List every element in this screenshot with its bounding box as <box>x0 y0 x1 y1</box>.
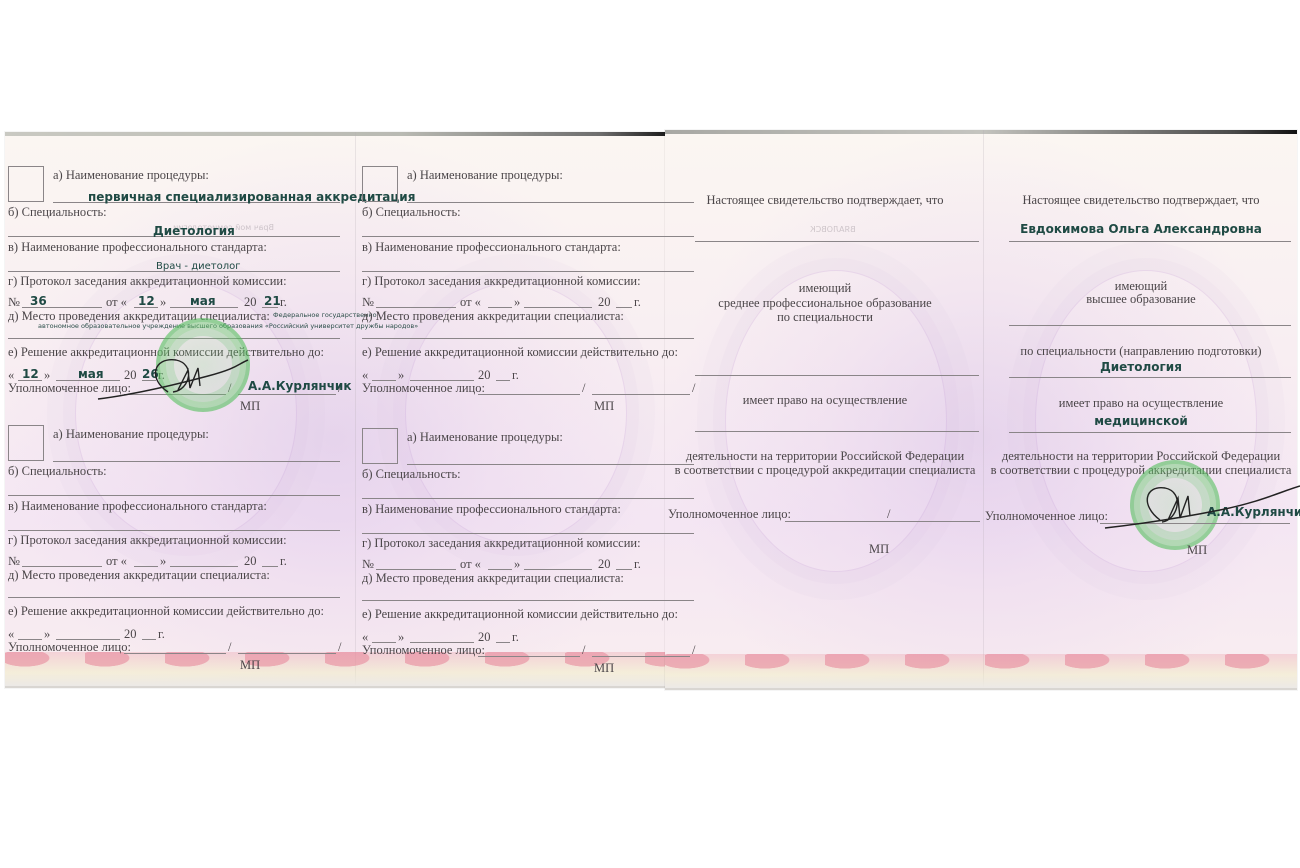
mp-label: МП <box>594 662 614 675</box>
standard-label: в) Наименование профессионального станда… <box>362 503 621 516</box>
protocol-day: 12 <box>138 295 155 307</box>
decision-label: е) Решение аккредитационной комиссии дей… <box>362 608 678 621</box>
slash: / <box>582 644 585 657</box>
procedure-line <box>53 461 340 462</box>
place-line <box>362 600 694 601</box>
territory-line2: в соответствии с процедурой аккредитации… <box>665 464 985 477</box>
right-to-text: имеет право на осуществление <box>665 394 985 407</box>
confirms-text: Настоящее свидетельство подтверждает, чт… <box>985 194 1297 207</box>
from-prefix: от « <box>460 558 481 571</box>
from-prefix: от « <box>460 296 481 309</box>
valid-day: 12 <box>22 368 39 380</box>
procedure-label: а) Наименование процедуры: <box>53 169 209 182</box>
protocol-number: 36 <box>30 295 47 307</box>
slash: / <box>228 641 231 654</box>
day-close: » <box>398 369 404 382</box>
procedure-label: а) Наименование процедуры: <box>407 169 563 182</box>
specialty-label: б) Специальность: <box>362 468 461 481</box>
confirms-text: Настоящее свидетельство подтверждает, чт… <box>665 194 985 207</box>
certificate-page-1: Настоящее свидетельство подтверждает, чт… <box>665 130 985 690</box>
year-suffix: г. <box>280 555 287 568</box>
decision-label: е) Решение аккредитационной комиссии дей… <box>8 605 324 618</box>
protocol-number-line <box>376 307 456 308</box>
place-line <box>362 338 694 339</box>
number-prefix: № <box>362 296 374 309</box>
year-prefix: 20 <box>124 628 137 641</box>
accreditation-block-4: а) Наименование процедуры: б) Специально… <box>362 428 694 678</box>
protocol-year-line <box>616 569 632 570</box>
place-label: д) Место проведения аккредитации специал… <box>8 310 270 323</box>
name-line <box>238 653 336 654</box>
place-line <box>8 597 340 598</box>
standard-label: в) Наименование профессионального станда… <box>8 241 267 254</box>
protocol-number-line <box>376 569 456 570</box>
having-text: имеющий <box>665 282 985 295</box>
mp-label: МП <box>240 659 260 672</box>
protocol-day-line <box>134 566 158 567</box>
checkbox-square <box>8 166 44 202</box>
specialty-label: б) Специальность: <box>8 465 107 478</box>
activity-line <box>1009 432 1291 433</box>
day-close: » <box>398 631 404 644</box>
signature <box>1100 480 1300 535</box>
standard-line <box>8 530 340 531</box>
protocol-year: 21 <box>264 295 281 307</box>
year-suffix: г. <box>634 558 641 571</box>
day-close: » <box>160 296 166 309</box>
protocol-number-line <box>22 566 102 567</box>
procedure-label: а) Наименование процедуры: <box>407 431 563 444</box>
checkbox-square <box>362 428 398 464</box>
education-text: среднее профессиональное образование <box>665 297 985 310</box>
year-prefix: 20 <box>598 296 611 309</box>
protocol-month-line <box>524 569 592 570</box>
year-suffix: г. <box>158 628 165 641</box>
certificate-page-2: Настоящее свидетельство подтверждает, чт… <box>985 130 1297 690</box>
accreditation-block-2: а) Наименование процедуры: б) Специально… <box>362 166 694 416</box>
holder-name-line <box>695 241 979 242</box>
mp-label: МП <box>594 400 614 413</box>
valid-year-line <box>496 642 510 643</box>
place-label: д) Место проведения аккредитации специал… <box>362 572 624 585</box>
day-close: » <box>44 369 50 382</box>
holder-name: Евдокимова Ольга Александровна <box>985 223 1297 235</box>
protocol-year-line <box>262 566 278 567</box>
mp-label: МП <box>1187 544 1207 557</box>
authorized-name: А.А.Курлянчик <box>248 380 352 392</box>
specialty-label: б) Специальность: <box>8 206 107 219</box>
day-close: » <box>514 296 520 309</box>
procedure-label: а) Наименование процедуры: <box>53 428 209 441</box>
place-label: д) Место проведения аккредитации специал… <box>362 310 624 323</box>
holder-name-line <box>1009 241 1291 242</box>
authorized-label: Уполномоченное лицо: <box>362 644 485 657</box>
standard-label: в) Наименование профессионального станда… <box>8 500 267 513</box>
authorized-label: Уполномоченное лицо: <box>362 382 485 395</box>
slash: / <box>887 508 890 521</box>
education-text: высшее образование <box>985 293 1297 306</box>
day-close: » <box>514 558 520 571</box>
procedure-line <box>407 464 694 465</box>
authorized-label: Уполномоченное лицо: <box>8 641 131 654</box>
number-prefix: № <box>8 555 20 568</box>
year-suffix: г. <box>512 369 519 382</box>
specialty-value: Диетология <box>153 225 235 237</box>
page-fold <box>355 132 356 688</box>
authorized-label: Уполномоченное лицо: <box>985 510 1108 523</box>
number-prefix: № <box>362 558 374 571</box>
place-label: д) Место проведения аккредитации специал… <box>8 569 270 582</box>
specialty-line <box>8 495 340 496</box>
specialty-intro: по специальности <box>665 311 985 324</box>
open-quote: « <box>362 631 368 644</box>
name-line <box>238 394 336 395</box>
protocol-month-line <box>524 307 592 308</box>
mp-label: МП <box>869 543 889 556</box>
from-prefix: от « <box>106 555 127 568</box>
checkbox-square <box>8 425 44 461</box>
specialty-intro: по специальности (направлению подготовки… <box>985 345 1297 358</box>
from-prefix: от « <box>106 296 127 309</box>
year-suffix: г. <box>512 631 519 644</box>
protocol-month: мая <box>190 295 216 307</box>
number-prefix: № <box>8 296 20 309</box>
specialty-line <box>695 375 979 376</box>
protocol-month-line <box>170 566 238 567</box>
protocol-day-line <box>488 569 512 570</box>
year-suffix: г. <box>280 296 287 309</box>
specialty-value: Диетология <box>985 361 1297 373</box>
standard-value: Врач - диетолог <box>156 262 240 272</box>
standard-line <box>362 533 694 534</box>
slash: / <box>338 641 341 654</box>
activity-value: медицинской <box>985 415 1297 427</box>
valid-year-line <box>142 639 156 640</box>
year-prefix: 20 <box>598 558 611 571</box>
activity-line <box>695 431 979 432</box>
year-prefix: 20 <box>478 369 491 382</box>
specialty-line <box>1009 377 1291 378</box>
decision-label: е) Решение аккредитационной комиссии дей… <box>362 346 678 359</box>
protocol-label: г) Протокол заседания аккредитационной к… <box>362 275 641 288</box>
slash: / <box>582 382 585 395</box>
protocol-year-line <box>616 307 632 308</box>
year-prefix: 20 <box>244 296 257 309</box>
accreditation-block-1: а) Наименование процедуры: б) Специально… <box>8 166 340 416</box>
year-prefix: 20 <box>478 631 491 644</box>
accreditation-block-3: а) Наименование процедуры: б) Специально… <box>8 425 340 675</box>
authorized-label: Уполномоченное лицо: <box>668 508 791 521</box>
protocol-label: г) Протокол заседания аккредитационной к… <box>362 537 641 550</box>
education-line <box>1009 325 1291 326</box>
checkbox-square <box>362 166 398 202</box>
day-close: » <box>160 555 166 568</box>
specialty-line <box>362 236 694 237</box>
protocol-day-line <box>488 307 512 308</box>
protocol-label: г) Протокол заседания аккредитационной к… <box>8 275 287 288</box>
year-suffix: г. <box>634 296 641 309</box>
day-close: » <box>44 628 50 641</box>
standard-label: в) Наименование профессионального станда… <box>362 241 621 254</box>
signature-line <box>124 653 226 654</box>
specialty-label: б) Специальность: <box>362 206 461 219</box>
signature-line <box>478 394 580 395</box>
right-to-text: имеет право на осуществление <box>985 397 1297 410</box>
year-prefix: 20 <box>244 555 257 568</box>
protocol-label: г) Протокол заседания аккредитационной к… <box>8 534 287 547</box>
signature-line <box>478 656 580 657</box>
territory-line1: деятельности на территории Российской Фе… <box>665 450 985 463</box>
open-quote: « <box>362 369 368 382</box>
open-quote: « <box>8 628 14 641</box>
specialty-line <box>362 498 694 499</box>
signature <box>98 354 248 404</box>
open-quote: « <box>8 369 14 382</box>
bleed-through-text: ВЯАЛОВСК <box>810 226 856 234</box>
signature-line <box>785 521 980 522</box>
standard-line <box>362 271 694 272</box>
having-text: имеющий <box>985 280 1297 293</box>
procedure-line <box>407 202 694 203</box>
valid-year-line <box>496 380 510 381</box>
territory-line1: деятельности на территории Российской Фе… <box>985 450 1297 463</box>
